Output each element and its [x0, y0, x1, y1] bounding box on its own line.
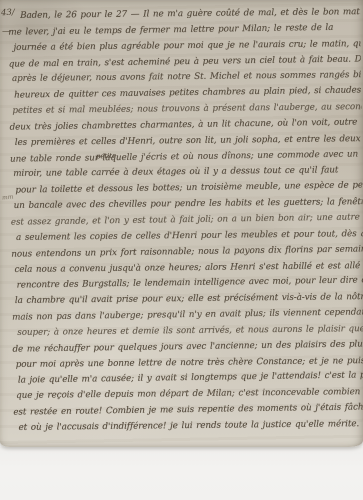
letter-line: et où je l'accusais d'indifférence! je l…: [12, 417, 363, 437]
letter-page: 43/ — mm petite Baden, le 26 pour le 27 …: [0, 0, 363, 447]
letter-text: Baden, le 26 pour le 27 — Il ne m'a guèr…: [7, 5, 363, 437]
scan-background: 43/ — mm petite Baden, le 26 pour le 27 …: [0, 0, 363, 500]
backing-sheet: [0, 447, 363, 500]
